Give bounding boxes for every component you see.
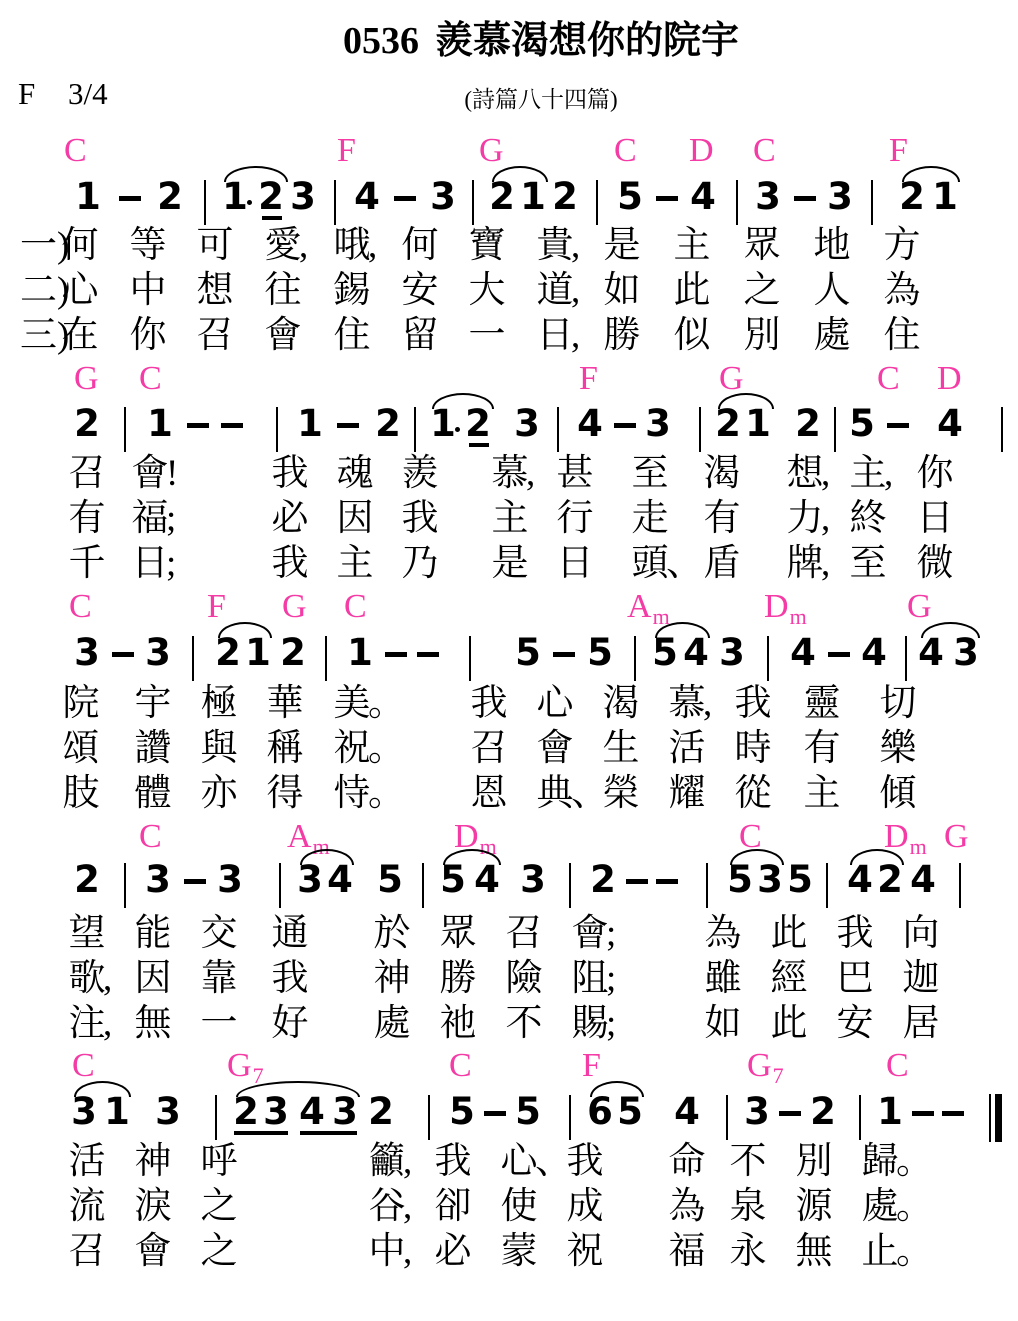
- lyric-char: 向: [903, 915, 940, 952]
- chord-root: F: [579, 360, 598, 397]
- chord-symbol: C: [614, 134, 637, 168]
- lyric-char: 眾: [440, 915, 477, 952]
- lyric-char: 此: [771, 915, 808, 952]
- note-number: 2: [715, 405, 741, 442]
- chord-root: G: [944, 818, 969, 855]
- lyric-char: 不: [730, 1143, 767, 1180]
- lyric-punctuation: 、: [666, 545, 703, 582]
- barline: [334, 180, 336, 225]
- barline: [596, 180, 598, 225]
- duration-dash: [221, 423, 243, 428]
- lyric-char: 別: [796, 1143, 833, 1180]
- chord-symbol: C: [449, 1049, 472, 1083]
- duration-dot: [247, 200, 252, 205]
- duration-dash: [394, 196, 416, 201]
- lyric-punctuation: ,: [571, 317, 580, 354]
- note-number: 1: [430, 405, 456, 442]
- eighth-underline: [262, 216, 282, 220]
- note-number: 2: [877, 861, 903, 898]
- chord-root: C: [449, 1047, 472, 1084]
- lyric-char: 恩: [471, 775, 508, 812]
- note-number: 3: [332, 1093, 358, 1130]
- chord-symbol: G: [282, 590, 307, 624]
- note-number: 1: [877, 1093, 903, 1130]
- lyric-char: 為: [669, 1188, 706, 1225]
- lyric-char: 亦: [201, 775, 238, 812]
- note-number: 3: [645, 405, 671, 442]
- lyric-char: 會: [572, 915, 609, 952]
- lyric-char: 因: [337, 500, 374, 537]
- lyric-char: 永: [730, 1233, 767, 1270]
- note-number: 3: [217, 861, 243, 898]
- note-number: 5: [849, 405, 875, 442]
- note-number: 1: [245, 634, 271, 671]
- note-number: 3: [290, 178, 316, 215]
- lyric-char: 祝: [567, 1233, 604, 1270]
- lyric-char: 此: [674, 272, 711, 309]
- lyric-char: 寶: [469, 227, 506, 264]
- lyric-char: 我: [272, 545, 309, 582]
- lyric-char: 使: [501, 1188, 538, 1225]
- barline: [905, 636, 907, 681]
- barline: [414, 407, 416, 452]
- lyric-char: 賜: [572, 1005, 609, 1042]
- chord-root: F: [582, 1047, 601, 1084]
- lyric-char: 主: [674, 227, 711, 264]
- lyric-punctuation: ,: [571, 272, 580, 309]
- lyric-char: 似: [674, 317, 711, 354]
- lyric-char: 交: [201, 915, 238, 952]
- chord-symbol: C: [877, 362, 900, 396]
- lyric-char: 為: [705, 915, 742, 952]
- note-number: 4: [910, 861, 936, 898]
- chord-root: C: [877, 360, 900, 397]
- duration-dash: [184, 879, 206, 884]
- chord-root: G: [747, 1047, 772, 1084]
- chord-root: G: [907, 588, 932, 625]
- lyric-char: 方: [884, 227, 921, 264]
- lyric-char: 安: [837, 1005, 874, 1042]
- note-number: 4: [683, 634, 709, 671]
- lyric-char: 何: [402, 227, 439, 264]
- barline: [1001, 407, 1003, 452]
- note-number: 2: [258, 178, 284, 215]
- chord-symbol: Dm: [764, 590, 806, 624]
- note-number: 1: [222, 178, 248, 215]
- lyric-char: 貴: [537, 227, 574, 264]
- note-number: 4: [790, 634, 816, 671]
- note-number: 1: [745, 405, 771, 442]
- lyric-char: 會: [135, 1233, 172, 1270]
- chord-root: A: [627, 588, 652, 625]
- duration-dash: [794, 196, 816, 201]
- lyric-char: 你: [130, 317, 167, 354]
- chord-root: G: [479, 132, 504, 169]
- lyric-char: 耀: [669, 775, 706, 812]
- lyric-char: 體: [135, 775, 172, 812]
- lyric-char: 不: [506, 1005, 543, 1042]
- duration-dash: [887, 423, 909, 428]
- chord-symbol: F: [207, 590, 226, 624]
- lyric-char: 終: [850, 500, 887, 537]
- lyric-char: 與: [201, 730, 238, 767]
- lyric-punctuation: !: [166, 455, 178, 492]
- lyric-punctuation: 。: [896, 1143, 933, 1180]
- lyric-char: 無: [135, 1005, 172, 1042]
- lyric-char: 勝: [440, 960, 477, 997]
- barline: [469, 636, 471, 681]
- lyric-char: 靈: [804, 685, 841, 722]
- eighth-underline: [300, 1131, 357, 1135]
- note-number: 2: [74, 405, 100, 442]
- lyric-char: 從: [735, 775, 772, 812]
- barline: [428, 1095, 430, 1140]
- lyric-char: 力: [787, 500, 824, 537]
- lyric-char: 院: [63, 685, 100, 722]
- lyric-char: 大: [469, 272, 506, 309]
- chord-symbol: C: [753, 134, 776, 168]
- note-number: 3: [297, 861, 323, 898]
- duration-dash: [112, 652, 134, 657]
- lyric-char: 成: [567, 1188, 604, 1225]
- note-number: 5: [727, 861, 753, 898]
- lyric-punctuation: ,: [821, 500, 830, 537]
- lyric-char: 行: [557, 500, 594, 537]
- lyric-char: 阻: [572, 960, 609, 997]
- lyric-punctuation: ;: [166, 545, 176, 582]
- lyric-char: 處: [374, 1005, 411, 1042]
- lyric-char: 主: [850, 455, 887, 492]
- note-number: 5: [377, 861, 403, 898]
- lyric-char: 福: [669, 1233, 706, 1270]
- duration-dash: [828, 652, 850, 657]
- lyric-punctuation: ,: [103, 960, 112, 997]
- lyric-char: 可: [197, 227, 234, 264]
- lyric-char: 注: [69, 1005, 106, 1042]
- lyric-char: 通: [272, 915, 309, 952]
- chord-symbol: C: [139, 362, 162, 396]
- lyric-punctuation: ,: [821, 545, 830, 582]
- lyric-char: 哦: [334, 227, 371, 264]
- chord-symbol: D: [689, 134, 714, 168]
- lyric-punctuation: ,: [403, 1233, 412, 1270]
- barline: [736, 180, 738, 225]
- lyric-char: 卻: [435, 1188, 472, 1225]
- lyric-char: 想: [787, 455, 824, 492]
- lyric-char: 心: [537, 685, 574, 722]
- note-number: 4: [327, 861, 353, 898]
- lyric-char: 美: [334, 685, 371, 722]
- lyric-char: 牌: [787, 545, 824, 582]
- lyric-char: 主: [492, 500, 529, 537]
- lyric-char: 居: [903, 1005, 940, 1042]
- note-number: 5: [440, 861, 466, 898]
- lyric-char: 想: [197, 272, 234, 309]
- note-number: 3: [953, 634, 979, 671]
- barline: [422, 863, 424, 908]
- lyric-char: 我: [402, 500, 439, 537]
- lyric-char: 呼: [201, 1143, 238, 1180]
- chord-sub: m: [790, 604, 807, 629]
- lyric-punctuation: 。: [368, 730, 405, 767]
- chord-root: C: [139, 818, 162, 855]
- lyric-char: 一: [469, 317, 506, 354]
- note-number: 3: [145, 861, 171, 898]
- note-number: 2: [375, 405, 401, 442]
- lyric-char: 險: [506, 960, 543, 997]
- duration-dash: [614, 423, 636, 428]
- chord-root: C: [886, 1047, 909, 1084]
- duration-dash: [187, 423, 209, 428]
- lyric-char: 籲: [369, 1143, 406, 1180]
- lyric-char: 走: [632, 500, 669, 537]
- lyric-punctuation: ,: [299, 227, 308, 264]
- note-number: 5: [787, 861, 813, 898]
- chord-root: C: [72, 1047, 95, 1084]
- lyric-char: 頌: [63, 730, 100, 767]
- note-number: 2: [810, 1093, 836, 1130]
- note-number: 4: [690, 178, 716, 215]
- duration-dash: [779, 1111, 801, 1116]
- chord-symbol: Am: [627, 590, 669, 624]
- note-number: 4: [474, 861, 500, 898]
- chord-symbol: G: [907, 590, 932, 624]
- lyric-char: 恃: [334, 775, 371, 812]
- note-number: 2: [465, 405, 491, 442]
- note-number: 3: [744, 1093, 770, 1130]
- lyric-char: 處: [814, 317, 851, 354]
- lyric-char: 渴: [704, 455, 741, 492]
- lyric-char: 中: [130, 272, 167, 309]
- note-number: 1: [520, 178, 546, 215]
- chord-sub: 7: [773, 1063, 784, 1088]
- lyric-char: 能: [135, 915, 172, 952]
- barline: [767, 636, 769, 681]
- lyric-char: 稱: [267, 730, 304, 767]
- lyric-char: 我: [435, 1143, 472, 1180]
- barline: [826, 863, 828, 908]
- lyric-char: 我: [837, 915, 874, 952]
- lyric-char: 我: [471, 685, 508, 722]
- barline: [276, 407, 278, 452]
- lyric-char: 召: [471, 730, 508, 767]
- lyric-char: 在: [62, 317, 99, 354]
- lyric-char: 於: [374, 915, 411, 952]
- lyric-char: 讚: [135, 730, 172, 767]
- barline: [215, 1095, 217, 1140]
- lyric-char: 巴: [837, 960, 874, 997]
- lyric-char: 迦: [903, 960, 940, 997]
- lyric-char: 會: [537, 730, 574, 767]
- lyric-punctuation: 。: [368, 775, 405, 812]
- note-number: 3: [430, 178, 456, 215]
- barline: [726, 1095, 728, 1140]
- lyric-punctuation: ,: [403, 1188, 412, 1225]
- lyric-char: 必: [272, 500, 309, 537]
- chord-symbol: G7: [227, 1049, 263, 1083]
- note-number: 1: [75, 178, 101, 215]
- note-number: 5: [449, 1093, 475, 1130]
- lyric-char: 必: [435, 1233, 472, 1270]
- note-number: 2: [157, 178, 183, 215]
- note-number: 2: [280, 634, 306, 671]
- barline: [959, 863, 961, 908]
- lyric-char: 我: [567, 1143, 604, 1180]
- chord-symbol: D: [937, 362, 962, 396]
- lyric-char: 錫: [334, 272, 371, 309]
- lyric-char: 如: [604, 272, 641, 309]
- chord-symbol: C: [886, 1049, 909, 1083]
- chord-symbol: F: [337, 134, 356, 168]
- lyric-char: 蒙: [501, 1233, 538, 1270]
- lyric-char: 流: [69, 1188, 106, 1225]
- lyric-char: 此: [771, 1005, 808, 1042]
- lyric-char: 神: [374, 960, 411, 997]
- lyric-punctuation: ,: [368, 227, 377, 264]
- note-number: 4: [299, 1093, 325, 1130]
- duration-dash: [912, 1111, 934, 1116]
- chord-root: C: [139, 360, 162, 397]
- barline: [124, 863, 126, 908]
- lyric-char: 日: [132, 545, 169, 582]
- lyric-punctuation: ,: [526, 455, 535, 492]
- lyric-char: 我: [735, 685, 772, 722]
- lyric-char: 盾: [704, 545, 741, 582]
- note-number: 1: [147, 405, 173, 442]
- chord-symbol: G: [719, 362, 744, 396]
- lyric-char: 眾: [744, 227, 781, 264]
- lyric-char: 經: [771, 960, 808, 997]
- lyric-char: 有: [704, 500, 741, 537]
- chord-symbol: G: [479, 134, 504, 168]
- lyric-punctuation: ;: [606, 960, 616, 997]
- lyric-char: 頭: [632, 545, 669, 582]
- barline: [325, 636, 327, 681]
- note-number: 2: [590, 861, 616, 898]
- final-barline-thin: [989, 1094, 991, 1142]
- note-number: 3: [71, 1093, 97, 1130]
- chord-root: G: [282, 588, 307, 625]
- note-number: 1: [104, 1093, 130, 1130]
- lyric-char: 祂: [440, 1005, 477, 1042]
- chord-symbol: C: [139, 820, 162, 854]
- lyric-char: 宇: [135, 685, 172, 722]
- note-number: 5: [515, 634, 541, 671]
- chord-symbol: C: [69, 590, 92, 624]
- barline: [279, 863, 281, 908]
- note-number: 5: [617, 1093, 643, 1130]
- lyric-punctuation: 。: [368, 685, 405, 722]
- hymn-title: 羨慕渴想你的院宇: [435, 20, 739, 62]
- note-number: 4: [674, 1093, 700, 1130]
- lyric-char: 道: [537, 272, 574, 309]
- lyric-char: 之: [201, 1188, 238, 1225]
- title-row: 0536羨慕渴想你的院宇: [32, 22, 1018, 60]
- lyric-char: 活: [669, 730, 706, 767]
- lyric-char: 留: [402, 317, 439, 354]
- lyric-char: 谷: [369, 1188, 406, 1225]
- lyric-char: 傾: [880, 775, 917, 812]
- barline: [204, 180, 206, 225]
- lyric-char: 是: [604, 227, 641, 264]
- chord-root: C: [69, 588, 92, 625]
- lyric-char: 中: [369, 1233, 406, 1270]
- lyric-char: 甚: [557, 455, 594, 492]
- eighth-underline: [234, 1131, 288, 1135]
- lyric-char: 日: [557, 545, 594, 582]
- lyric-char: 微: [917, 545, 954, 582]
- chord-root: F: [337, 132, 356, 169]
- lyric-char: 源: [796, 1188, 833, 1225]
- lyric-char: 慕: [492, 455, 529, 492]
- chord-symbol: F: [582, 1049, 601, 1083]
- note-number: 2: [233, 1093, 259, 1130]
- lyric-char: 歌: [69, 960, 106, 997]
- chord-symbol: C: [64, 134, 87, 168]
- lyric-char: 處: [862, 1188, 899, 1225]
- note-number: 6: [587, 1093, 613, 1130]
- lyric-char: 止: [862, 1233, 899, 1270]
- note-number: 2: [215, 634, 241, 671]
- note-number: 4: [847, 861, 873, 898]
- chord-sub: m: [910, 834, 927, 859]
- note-number: 3: [755, 178, 781, 215]
- chord-symbol: G: [74, 362, 99, 396]
- note-number: 2: [74, 861, 100, 898]
- lyric-char: 召: [506, 915, 543, 952]
- note-number: 1: [347, 634, 373, 671]
- lyric-char: 主: [337, 545, 374, 582]
- lyric-char: 淚: [135, 1188, 172, 1225]
- lyric-char: 勝: [604, 317, 641, 354]
- scripture-reference: (詩篇八十四篇): [32, 88, 1018, 111]
- duration-dash: [484, 1111, 506, 1116]
- note-number: 3: [719, 634, 745, 671]
- chord-root: G: [719, 360, 744, 397]
- note-number: 4: [937, 405, 963, 442]
- note-number: 3: [757, 861, 783, 898]
- lyric-char: 福: [132, 500, 169, 537]
- chord-symbol: G7: [747, 1049, 783, 1083]
- note-number: 2: [489, 178, 515, 215]
- note-number: 2: [368, 1093, 394, 1130]
- lyric-char: 典: [537, 775, 574, 812]
- lyric-char: 至: [632, 455, 669, 492]
- lyric-char: 住: [334, 317, 371, 354]
- barline: [472, 180, 474, 225]
- lyric-char: 望: [69, 915, 106, 952]
- duration-dash: [385, 652, 407, 657]
- lyric-punctuation: 。: [896, 1233, 933, 1270]
- lyric-char: 為: [884, 272, 921, 309]
- lyric-char: 活: [69, 1143, 106, 1180]
- lyric-char: 如: [705, 1005, 742, 1042]
- duration-dash: [337, 423, 359, 428]
- note-number: 2: [795, 405, 821, 442]
- barline: [834, 407, 836, 452]
- note-number: 3: [514, 405, 540, 442]
- duration-dash: [553, 652, 575, 657]
- lyric-char: 泉: [730, 1188, 767, 1225]
- lyric-char: 之: [201, 1233, 238, 1270]
- lyric-char: 歸: [862, 1143, 899, 1180]
- barline: [699, 407, 701, 452]
- lyric-char: 渴: [603, 685, 640, 722]
- lyric-char: 召: [69, 1233, 106, 1270]
- note-number: 5: [617, 178, 643, 215]
- chord-symbol: F: [579, 362, 598, 396]
- chord-root: G: [74, 360, 99, 397]
